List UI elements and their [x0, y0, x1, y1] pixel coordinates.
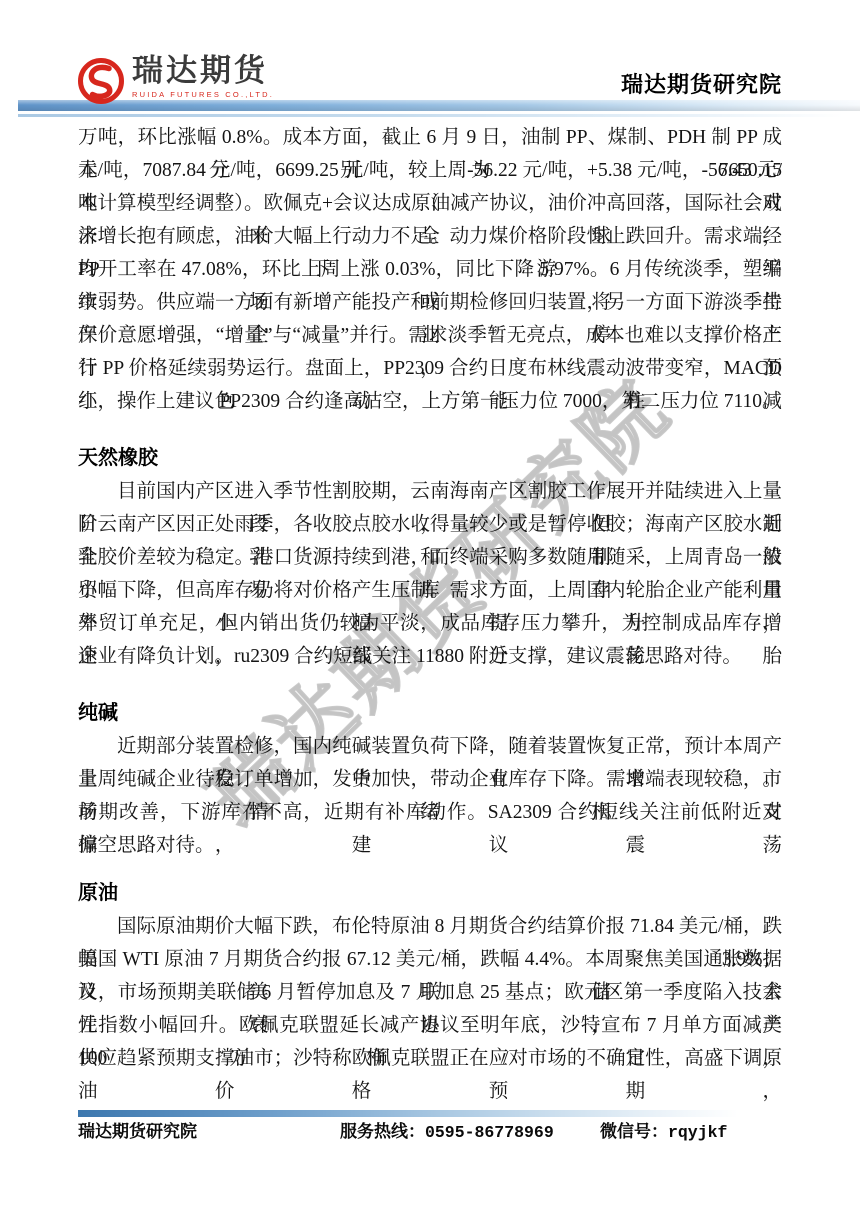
body-line: 外贸订单充足，但内销出货仍较为平淡，成品库存压力攀升，为控制成品库存增速，部分轮…	[78, 607, 782, 640]
report-body: 万吨，环比涨幅 0.8%。成本方面，截止 6 月 9 日，油制 PP、煤制、PD…	[78, 121, 782, 1075]
body-line: 议，市场预期美联储 6 月暂停加息及 7 月加息 25 基点；欧元区第一季度陷入…	[78, 976, 782, 1009]
body-line: 本计算模型经调整）。欧佩克+会议达成原油减产协议，油价冲高回落，国际社会对未来全…	[78, 187, 782, 220]
body-line: 前期改善，下游库存不高，近期有补库动作。SA2309 合约短线关注前低附近支撑，…	[78, 796, 782, 829]
report-page: 瑞达期货 RUIDA FUTURES CO.,LTD. 瑞达期货研究院 瑞达期货…	[0, 0, 860, 1217]
footer-rule	[78, 1110, 738, 1117]
body-line: 美国 WTI 原油 7 月期货合约报 67.12 美元/桶，跌幅 4.4%。本周…	[78, 943, 782, 976]
body-line: 供应趋紧预期支撑油市；沙特称欧佩克联盟正在应对市场的不确定性，高盛下调原油价格预…	[78, 1042, 782, 1075]
header-title: 瑞达期货研究院	[621, 68, 782, 99]
footer-wechat: 微信号：rqyjkf	[600, 1120, 727, 1145]
body-line: 计 PP 价格延续弱势运行。盘面上，PP2309 合约日度布林线震动波带变窄，M…	[78, 352, 782, 385]
body-line: 万吨，环比涨幅 0.8%。成本方面，截止 6 月 9 日，油制 PP、煤制、PD…	[78, 121, 782, 154]
body-line: 近期部分装置检修，国内纯碱装置负荷下降，随着装置恢复正常，预计本周产量稳中有增。	[78, 730, 782, 763]
footer: 瑞达期货研究院 服务热线：0595-86778969 微信号：rqyjkf	[78, 1120, 782, 1144]
logo-text: 瑞达期货	[132, 54, 274, 88]
body-line: 上周纯碱企业待发订单增加，发货加快，带动企业库存下降。需求端表现较稳，市场情绪相…	[78, 763, 782, 796]
logo-subtext: RUIDA FUTURES CO.,LTD.	[132, 90, 274, 99]
footer-hotline: 服务热线：0595-86778969	[340, 1120, 554, 1145]
paragraph-pp: 万吨，环比涨幅 0.8%。成本方面，截止 6 月 9 日，油制 PP、煤制、PD…	[78, 121, 782, 418]
body-line: 乳胶价差较为稳定。港口货源持续到港，而终端采购多数随用随采，上周青岛一般贸易库存…	[78, 541, 782, 574]
section-heading-crude-oil: 原油	[78, 877, 782, 910]
ruida-logo-icon	[76, 56, 126, 106]
body-line: 国际原油期价大幅下跌，布伦特原油 8 月期货合约结算价报 71.84 美元/桶，…	[78, 910, 782, 943]
body-line: 元指数小幅回升。欧佩克联盟延长减产协议至明年底，沙特宣布 7 月单方面减产 10…	[78, 1009, 782, 1042]
footer-hotline-label: 服务热线：	[340, 1122, 425, 1141]
header-rule-thin	[18, 114, 860, 117]
paragraph-crude-oil: 国际原油期价大幅下跌，布伦特原油 8 月期货合约结算价报 71.84 美元/桶，…	[78, 910, 782, 1075]
ruida-logo: 瑞达期货 RUIDA FUTURES CO.,LTD.	[76, 54, 274, 106]
paragraph-soda-ash: 近期部分装置检修，国内纯碱装置负荷下降，随着装置恢复正常，预计本周产量稳中有增。…	[78, 730, 782, 862]
footer-org: 瑞达期货研究院	[78, 1120, 197, 1144]
body-line: 企业有降负计划。ru2309 合约短线关注 11880 附近支撑，建议震荡思路对…	[78, 640, 782, 673]
section-heading-rubber: 天然橡胶	[78, 442, 782, 475]
body-line: 日云南产区因正处雨季，各收胶点胶水收得量较少或是暂停收胶；海南产区胶水制全乳和制…	[78, 508, 782, 541]
body-line: 均开工率在 47.08%，环比上周上涨 0.03%，同比下降 5.97%。6 月…	[78, 253, 782, 286]
footer-wechat-label: 微信号：	[600, 1122, 668, 1141]
footer-wechat-id: rqyjkf	[668, 1123, 727, 1142]
body-line: 目前国内产区进入季节性割胶期，云南海南产区割胶工作展开并陆续进入上量阶段，但近	[78, 475, 782, 508]
section-heading-soda-ash: 纯碱	[78, 697, 782, 730]
body-line: 元/吨，7087.84 元/吨，6699.25 元/吨，较上周-56.22 元/…	[78, 154, 782, 187]
body-line: 小，操作上建议 PP2309 合约逢高沽空，上方第一压力位 7000，第二压力位…	[78, 385, 782, 418]
footer-hotline-number: 0595-86778969	[425, 1123, 554, 1142]
body-line: 续弱势。供应端一方面有新增产能投产和前期检修回归装置，另一方面下游淡季生产企业停…	[78, 286, 782, 319]
paragraph-rubber: 目前国内产区进入季节性割胶期，云南海南产区割胶工作展开并陆续进入上量阶段，但近 …	[78, 475, 782, 673]
body-line: 保价意愿增强，“增量”与“减量”并行。需求淡季暂无亮点，成本也难以支撑价格上行，…	[78, 319, 782, 352]
body-line: 济增长抱有顾虑，油价大幅上行动力不足。动力煤价格阶段性止跌回升。需求端，PP 下…	[78, 220, 782, 253]
body-line: 小幅下降，但高库存仍将对价格产生压制。需求方面，上周国内轮胎企业产能利用率小幅提…	[78, 574, 782, 607]
